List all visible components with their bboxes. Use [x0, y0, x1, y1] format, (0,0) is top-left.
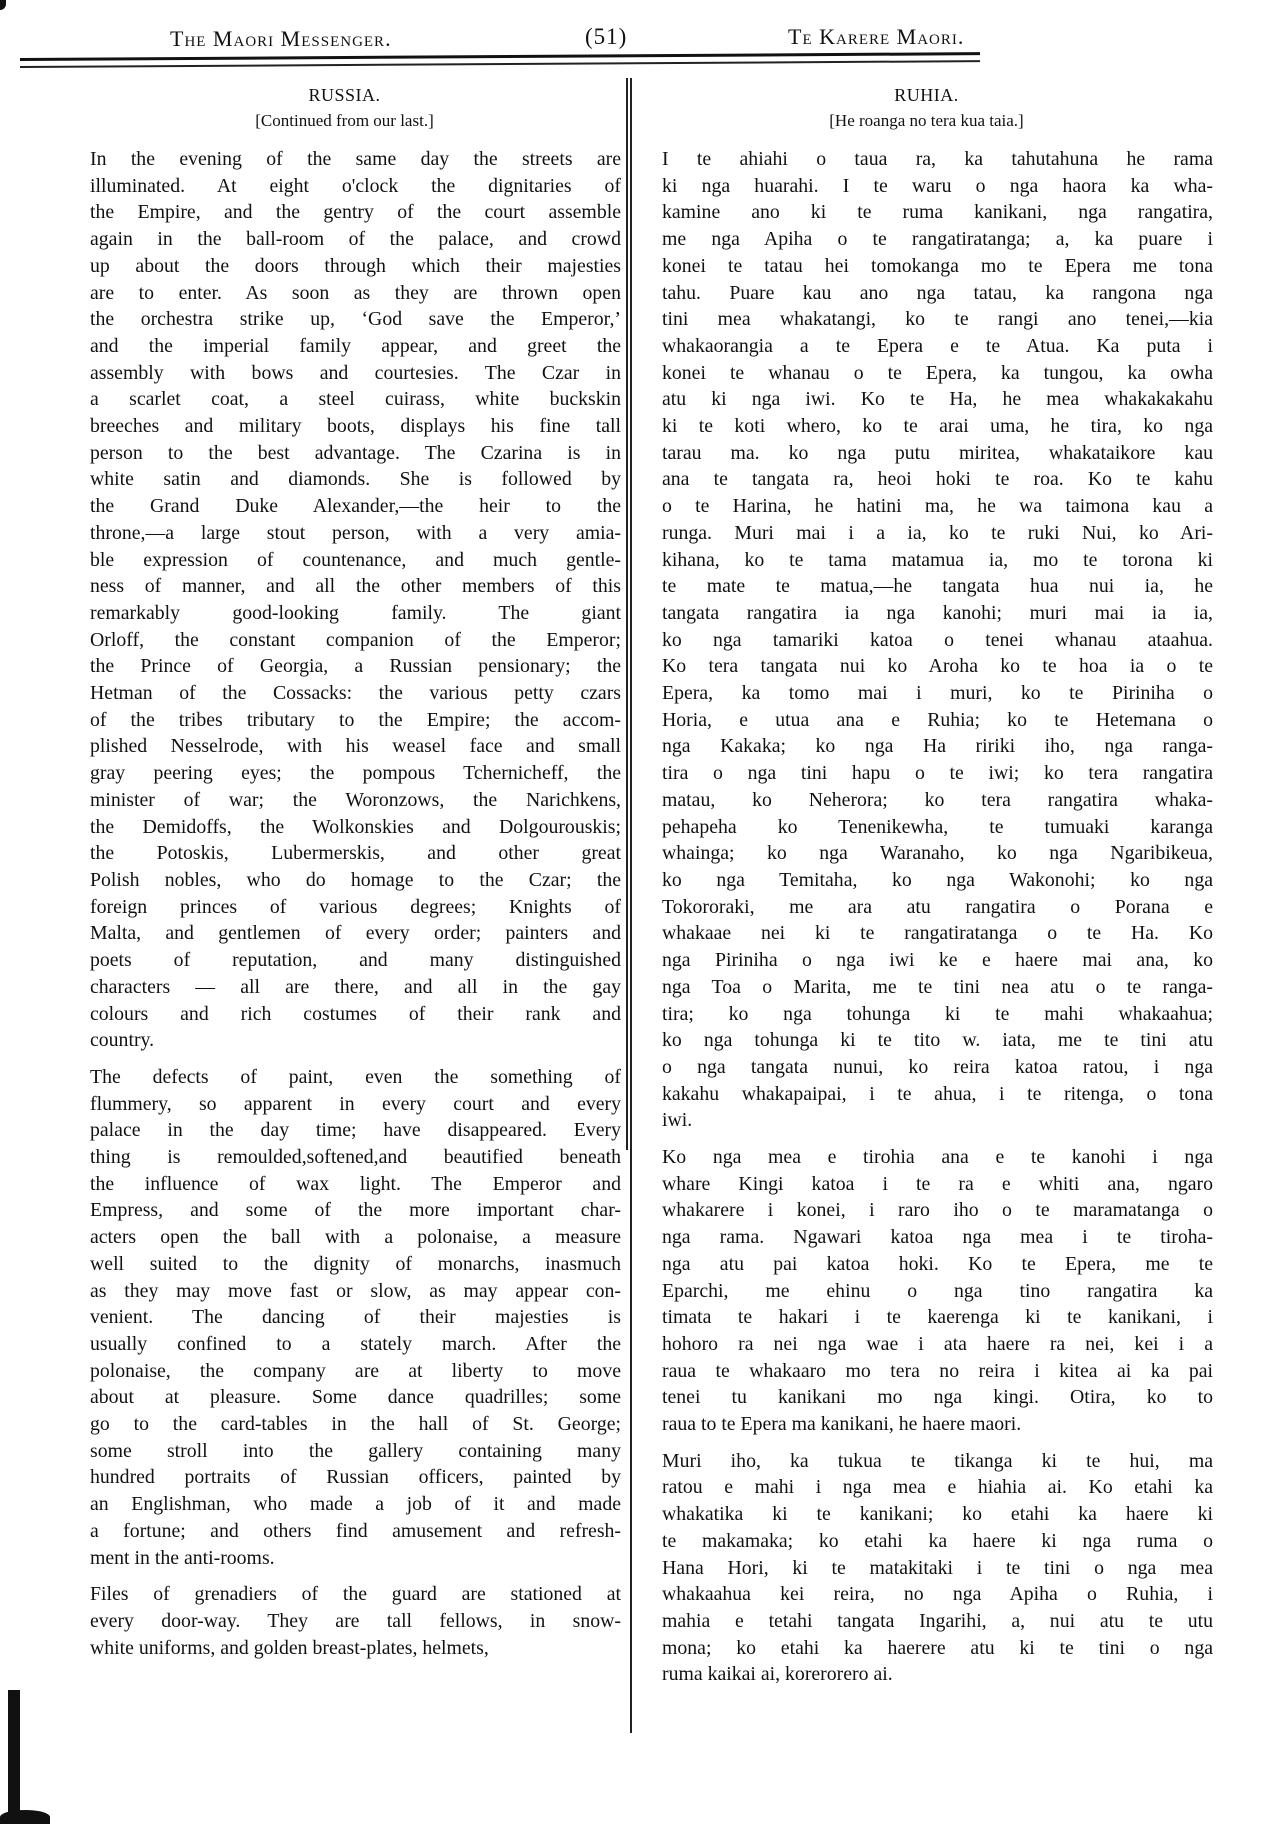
- text-line: konei te whanau o te Epera, ka tungou, k…: [640, 360, 1213, 387]
- text-line: a fortune; and others find amusement and…: [68, 1518, 621, 1545]
- text-line: nga Kakaka; ko nga Ha ririki iho, nga ra…: [640, 733, 1213, 760]
- text-line: remarkably good-looking family. The gian…: [68, 600, 621, 627]
- maori-column: RUHIA. [He roanga no tera kua taia.] I t…: [640, 82, 1213, 1698]
- text-line: matau, ko Neherora; ko tera rangatira wh…: [640, 787, 1213, 814]
- text-line: timata te hakari i te kaerenga ki te kan…: [640, 1304, 1213, 1331]
- text-line: hohoro ra nei nga wae i ata haere ra nei…: [640, 1331, 1213, 1358]
- paragraph: Files of grenadiers of the guard are sta…: [68, 1581, 621, 1661]
- text-line: mahia e tetahi tangata Ingarihi, a, nui …: [640, 1608, 1213, 1635]
- text-line: Muri iho, ka tukua te tikanga ki te hui,…: [640, 1448, 1213, 1475]
- newspaper-page: The Maori Messenger. (51) Te Karere Maor…: [0, 0, 1280, 1824]
- text-line: mona; ko etahi ka haerere atu ki te tini…: [640, 1635, 1213, 1662]
- text-line: the Potoskis, Lubermerskis, and other gr…: [68, 840, 621, 867]
- text-line: whainga; ko nga Waranaho, ko nga Ngaribi…: [640, 840, 1213, 867]
- text-line: about at pleasure. Some dance quadrilles…: [68, 1384, 621, 1411]
- text-line: In the evening of the same day the stree…: [68, 146, 621, 173]
- paragraph: The defects of paint, even the something…: [68, 1064, 621, 1571]
- text-line: te makamaka; ko etahi ka haere ki nga ru…: [640, 1528, 1213, 1555]
- text-line: pehapeha ko Tenenikewha, te tumuaki kara…: [640, 814, 1213, 841]
- text-line: assembly with bows and courtesies. The C…: [68, 360, 621, 387]
- text-line: tira o nga tini hapu o te iwi; ko tera r…: [640, 760, 1213, 787]
- text-line: konei te tatau hei tomokanga mo te Epera…: [640, 253, 1213, 280]
- text-line: ko nga tamariki katoa o tenei whanau ata…: [640, 627, 1213, 654]
- text-line: the Empire, and the gentry of the court …: [68, 199, 621, 226]
- text-line: ko nga Temitaha, ko nga Wakonohi; ko nga: [640, 867, 1213, 894]
- text-line: me nga Apiha o te rangatiratanga; a, ka …: [640, 226, 1213, 253]
- text-line: usually confined to a stately march. Aft…: [68, 1331, 621, 1358]
- text-line: whakaae nei ki te rangatiratanga o te Ha…: [640, 920, 1213, 947]
- text-line: white satin and diamonds. She is followe…: [68, 466, 621, 493]
- text-line: tahu. Puare kau ano nga tatau, ka rangon…: [640, 280, 1213, 307]
- header-rule-secondary: [20, 60, 980, 68]
- text-line: palace in the day time; have disappeared…: [68, 1117, 621, 1144]
- text-line: the influence of wax light. The Emperor …: [68, 1171, 621, 1198]
- text-line: Ko nga mea e tirohia ana e te kanohi i n…: [640, 1144, 1213, 1171]
- page-number: (51): [585, 24, 627, 50]
- text-line: Epera, ka tomo mai i muri, ko te Pirinih…: [640, 680, 1213, 707]
- text-line: are to enter. As soon as they are thrown…: [68, 280, 621, 307]
- text-line: thing is remoulded,softened,and beautifi…: [68, 1144, 621, 1171]
- text-line: raua to te Epera ma kanikani, he haere m…: [640, 1411, 1213, 1438]
- text-line: atu ki nga iwi. Ko te Ha, he mea whakaka…: [640, 386, 1213, 413]
- text-line: whare Kingi katoa i te ra e whiti ana, n…: [640, 1171, 1213, 1198]
- text-line: colours and rich costumes of their rank …: [68, 1001, 621, 1028]
- text-line: the orchestra strike up, ‘God save the E…: [68, 306, 621, 333]
- paragraph: In the evening of the same day the stree…: [68, 146, 621, 1054]
- text-line: whakarere i konei, i raro iho o te maram…: [640, 1197, 1213, 1224]
- text-line: every door-way. They are tall fellows, i…: [68, 1608, 621, 1635]
- paragraph: Ko nga mea e tirohia ana e te kanohi i n…: [640, 1144, 1213, 1438]
- text-line: minister of war; the Woronzows, the Nari…: [68, 787, 621, 814]
- text-line: ko nga tohunga ki te tito w. iata, me te…: [640, 1027, 1213, 1054]
- text-line: polonaise, the company are at liberty to…: [68, 1358, 621, 1385]
- text-line: ruma kaikai ai, korerorero ai.: [640, 1661, 1213, 1688]
- masthead-english-title: The Maori Messenger.: [170, 26, 392, 52]
- text-line: gray peering eyes; the pompous Tchernich…: [68, 760, 621, 787]
- article-heading: RUHIA.: [640, 82, 1213, 108]
- text-line: ki te koti whero, ko te arai uma, he tir…: [640, 413, 1213, 440]
- article-subheading: [He roanga no tera kua taia.]: [640, 108, 1213, 134]
- text-line: hundred portraits of Russian officers, p…: [68, 1464, 621, 1491]
- text-line: an Englishman, who made a job of it and …: [68, 1491, 621, 1518]
- text-line: Hetman of the Cossacks: the various pett…: [68, 680, 621, 707]
- text-line: the Prince of Georgia, a Russian pension…: [68, 653, 621, 680]
- text-line: Hana Hori, ki te matakitaki i te tini o …: [640, 1555, 1213, 1582]
- text-line: tenei tu kanikani mo nga kingi. Otira, k…: [640, 1384, 1213, 1411]
- text-line: characters — all are there, and all in t…: [68, 974, 621, 1001]
- text-line: ki nga huarahi. I te waru o nga haora ka…: [640, 173, 1213, 200]
- text-line: Horia, e utua ana e Ruhia; ko te Heteman…: [640, 707, 1213, 734]
- text-line: whakatika ki te kanikani; ko etahi ka ha…: [640, 1501, 1213, 1528]
- text-line: white uniforms, and golden breast-plates…: [68, 1635, 621, 1662]
- text-line: Files of grenadiers of the guard are sta…: [68, 1581, 621, 1608]
- text-line: some stroll into the gallery containing …: [68, 1438, 621, 1465]
- scan-binding-mark: [8, 1690, 20, 1824]
- text-line: well suited to the dignity of monarchs, …: [68, 1251, 621, 1278]
- text-line: a scarlet coat, a steel cuirass, white b…: [68, 386, 621, 413]
- text-line: ment in the anti-rooms.: [68, 1545, 621, 1572]
- column-divider: [626, 78, 628, 1150]
- text-line: nga Piriniha o nga iwi ke e haere mai an…: [640, 947, 1213, 974]
- text-line: Orloff, the constant companion of the Em…: [68, 627, 621, 654]
- text-line: Malta, and gentlemen of every order; pai…: [68, 920, 621, 947]
- column-divider: [630, 78, 632, 1733]
- text-line: whakaahua kei reira, no nga Apiha o Ruhi…: [640, 1581, 1213, 1608]
- text-line: ratou e mahi i nga mea e hiahia ai. Ko e…: [640, 1474, 1213, 1501]
- text-line: go to the card-tables in the hall of St.…: [68, 1411, 621, 1438]
- text-line: kakahu whakapaipai, i te ahua, i te rite…: [640, 1081, 1213, 1108]
- text-line: te mate te matua,—he tangata hua nui ia,…: [640, 573, 1213, 600]
- scan-edge-mark: [0, 0, 6, 10]
- text-line: poets of reputation, and many distinguis…: [68, 947, 621, 974]
- text-line: plished Nesselrode, with his weasel face…: [68, 733, 621, 760]
- text-line: of the tribes tributary to the Empire; t…: [68, 707, 621, 734]
- text-line: o te Harina, he hatini ma, he wa taimona…: [640, 493, 1213, 520]
- text-line: illuminated. At eight o'clock the dignit…: [68, 173, 621, 200]
- text-line: runga. Muri mai i a ia, ko te ruki Nui, …: [640, 520, 1213, 547]
- article-subheading: [Continued from our last.]: [68, 108, 621, 134]
- masthead-maori-title: Te Karere Maori.: [788, 24, 964, 50]
- text-line: and the imperial family appear, and gree…: [68, 333, 621, 360]
- text-line: ness of manner, and all the other member…: [68, 573, 621, 600]
- text-line: the Grand Duke Alexander,—the heir to th…: [68, 493, 621, 520]
- text-line: Ko tera tangata nui ko Aroha ko te hoa i…: [640, 653, 1213, 680]
- text-line: person to the best advantage. The Czarin…: [68, 440, 621, 467]
- english-column: RUSSIA. [Continued from our last.] In th…: [68, 82, 621, 1671]
- text-line: as they may move fast or slow, as may ap…: [68, 1278, 621, 1305]
- text-line: ana te tangata ra, heoi hoki te roa. Ko …: [640, 466, 1213, 493]
- text-line: nga Toa o Marita, me te tini nea atu o t…: [640, 974, 1213, 1001]
- text-line: iwi.: [640, 1107, 1213, 1134]
- text-line: tira; ko nga tohunga ki te mahi whakaahu…: [640, 1001, 1213, 1028]
- text-line: tini mea whakatangi, ko te rangi ano ten…: [640, 306, 1213, 333]
- text-line: venient. The dancing of their majesties …: [68, 1304, 621, 1331]
- text-line: Tokororaki, me ara atu rangatira o Poran…: [640, 894, 1213, 921]
- text-line: Polish nobles, who do homage to the Czar…: [68, 867, 621, 894]
- scan-binding-foot: [0, 1810, 50, 1824]
- text-line: I te ahiahi o taua ra, ka tahutahuna he …: [640, 146, 1213, 173]
- text-line: whakaorangia a te Epera e te Atua. Ka pu…: [640, 333, 1213, 360]
- text-line: Empress, and some of the more important …: [68, 1197, 621, 1224]
- text-line: breeches and military boots, displays hi…: [68, 413, 621, 440]
- text-line: o nga tangata nunui, ko reira katoa rato…: [640, 1054, 1213, 1081]
- text-line: again in the ball-room of the palace, an…: [68, 226, 621, 253]
- text-line: tarau ma. ko nga putu miritea, whakataik…: [640, 440, 1213, 467]
- text-line: foreign princes of various degrees; Knig…: [68, 894, 621, 921]
- text-line: kihana, ko te tama matamua ia, mo te tor…: [640, 547, 1213, 574]
- article-heading: RUSSIA.: [68, 82, 621, 108]
- text-line: tangata rangatira ia nga kanohi; muri ma…: [640, 600, 1213, 627]
- text-line: throne,—a large stout person, with a ver…: [68, 520, 621, 547]
- text-line: acters open the ball with a polonaise, a…: [68, 1224, 621, 1251]
- paragraph: I te ahiahi o taua ra, ka tahutahuna he …: [640, 146, 1213, 1134]
- text-line: nga rama. Ngawari katoa nga mea i te tir…: [640, 1224, 1213, 1251]
- text-line: Eparchi, me ehinu o nga tino rangatira k…: [640, 1278, 1213, 1305]
- text-line: country.: [68, 1027, 621, 1054]
- text-line: nga atu pai katoa hoki. Ko te Epera, me …: [640, 1251, 1213, 1278]
- text-line: ble expression of countenance, and much …: [68, 547, 621, 574]
- paragraph: Muri iho, ka tukua te tikanga ki te hui,…: [640, 1448, 1213, 1688]
- text-line: up about the doors through which their m…: [68, 253, 621, 280]
- text-line: kamine ano ki te ruma kanikani, nga rang…: [640, 199, 1213, 226]
- text-line: raua te whakaaro mo tera no reira i kite…: [640, 1358, 1213, 1385]
- text-line: The defects of paint, even the something…: [68, 1064, 621, 1091]
- text-line: flummery, so apparent in every court and…: [68, 1091, 621, 1118]
- text-line: the Demidoffs, the Wolkonskies and Dolgo…: [68, 814, 621, 841]
